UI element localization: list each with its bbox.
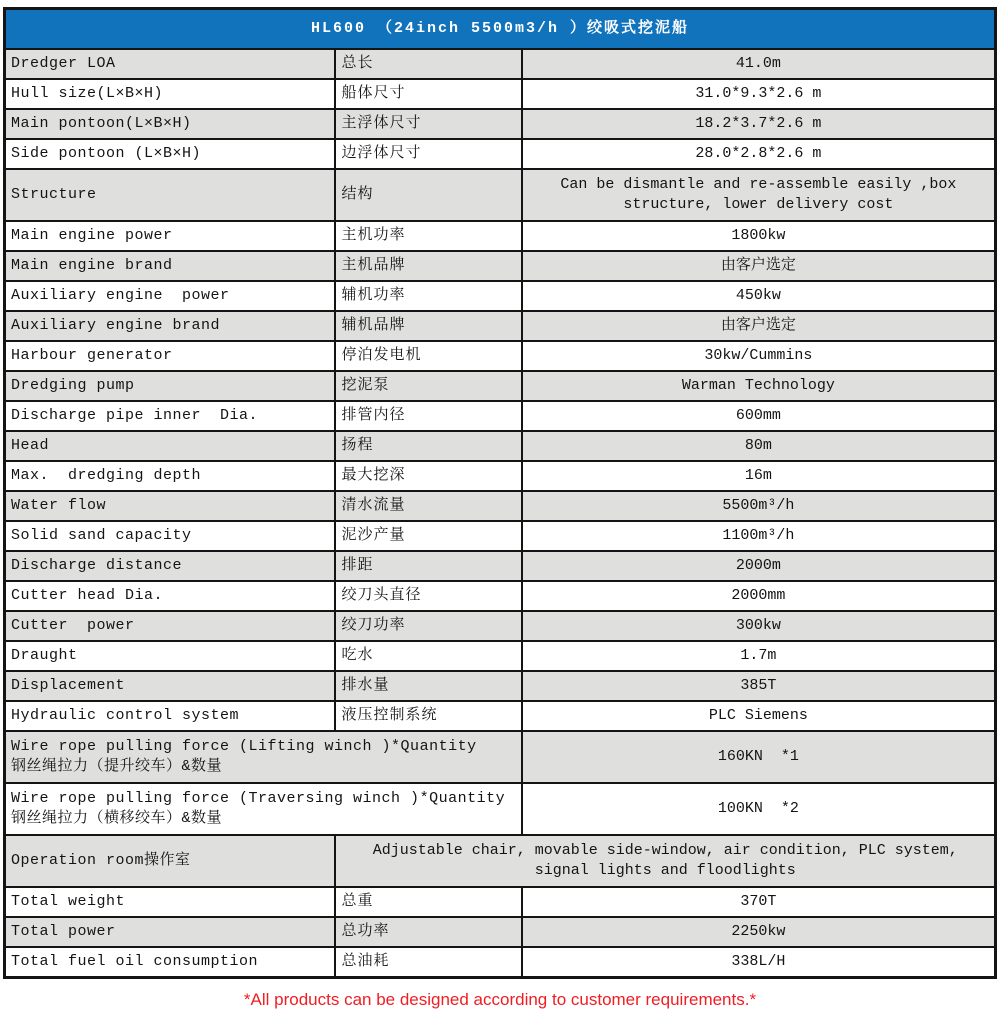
spec-sheet: HL600 （24inch 5500m3/h ）绞吸式挖泥船 Dredger L…	[0, 0, 1000, 1010]
row-label-en: Side pontoon (L×B×H)	[5, 139, 336, 169]
row-label-cn: 主机品牌	[335, 251, 521, 281]
table-row: Main engine power主机功率1800kw	[5, 221, 996, 251]
row-label-en: Auxiliary engine power	[5, 281, 336, 311]
table-row: Main pontoon(L×B×H)主浮体尺寸18.2*3.7*2.6 m	[5, 109, 996, 139]
row-label-en: Water flow	[5, 491, 336, 521]
row-label-cn: 排距	[335, 551, 521, 581]
page-title: HL600 （24inch 5500m3/h ）绞吸式挖泥船	[5, 9, 996, 50]
table-row: Total fuel oil consumption总油耗338L/H	[5, 947, 996, 978]
row-value: 2000mm	[522, 581, 996, 611]
table-row: Max. dredging depth最大挖深16m	[5, 461, 996, 491]
row-label-en: Max. dredging depth	[5, 461, 336, 491]
table-row: Main engine brand主机品牌由客户选定	[5, 251, 996, 281]
row-label-cn: 总长	[335, 49, 521, 79]
row-value: 1100m³/h	[522, 521, 996, 551]
row-value: 450kw	[522, 281, 996, 311]
row-value: Adjustable chair, movable side-window, a…	[335, 835, 995, 887]
table-row: Cutter head Dia.绞刀头直径2000mm	[5, 581, 996, 611]
row-value: 385T	[522, 671, 996, 701]
table-row: Total weight总重370T	[5, 887, 996, 917]
row-label-cn: 泥沙产量	[335, 521, 521, 551]
row-label-cn: 结构	[335, 169, 521, 221]
row-label-en: Discharge distance	[5, 551, 336, 581]
row-label-en: Total fuel oil consumption	[5, 947, 336, 978]
row-value: Can be dismantle and re-assemble easily …	[522, 169, 996, 221]
row-value: 80m	[522, 431, 996, 461]
table-row: Draught吃水1.7m	[5, 641, 996, 671]
row-value: 160KN *1	[522, 731, 996, 783]
row-value: 2250kw	[522, 917, 996, 947]
row-value: Warman Technology	[522, 371, 996, 401]
row-label-cn: 排管内径	[335, 401, 521, 431]
row-value: 由客户选定	[522, 311, 996, 341]
row-label-en: Total power	[5, 917, 336, 947]
row-label-cn: 总功率	[335, 917, 521, 947]
row-value: 1800kw	[522, 221, 996, 251]
row-label-cn: 主浮体尺寸	[335, 109, 521, 139]
row-label-en: Harbour generator	[5, 341, 336, 371]
table-row: Auxiliary engine brand辅机品牌由客户选定	[5, 311, 996, 341]
row-value: 30kw/Cummins	[522, 341, 996, 371]
row-value: 18.2*3.7*2.6 m	[522, 109, 996, 139]
row-label-en: Hull size(L×B×H)	[5, 79, 336, 109]
row-label-en: Hydraulic control system	[5, 701, 336, 731]
row-label-en: Main engine brand	[5, 251, 336, 281]
row-label-en: Main pontoon(L×B×H)	[5, 109, 336, 139]
table-row: Head扬程80m	[5, 431, 996, 461]
table-row: Cutter power绞刀功率300kw	[5, 611, 996, 641]
row-label-en: Cutter power	[5, 611, 336, 641]
customer-note: *All products can be designed according …	[3, 990, 997, 1010]
row-label-en: Draught	[5, 641, 336, 671]
row-label-en: Head	[5, 431, 336, 461]
table-row: Water flow清水流量5500m³/h	[5, 491, 996, 521]
row-label-cn: 绞刀头直径	[335, 581, 521, 611]
table-row: Wire rope pulling force (Lifting winch )…	[5, 731, 996, 783]
row-label-cn: 主机功率	[335, 221, 521, 251]
row-label-en: Main engine power	[5, 221, 336, 251]
row-value: 370T	[522, 887, 996, 917]
table-row: Operation room操作室Adjustable chair, movab…	[5, 835, 996, 887]
table-row: Solid sand capacity泥沙产量1100m³/h	[5, 521, 996, 551]
row-label-combined: Wire rope pulling force (Traversing winc…	[5, 783, 522, 835]
row-label-en: Solid sand capacity	[5, 521, 336, 551]
table-row: Side pontoon (L×B×H)边浮体尺寸28.0*2.8*2.6 m	[5, 139, 996, 169]
table-row: Wire rope pulling force (Traversing winc…	[5, 783, 996, 835]
row-value: 600mm	[522, 401, 996, 431]
table-row: Structure结构Can be dismantle and re-assem…	[5, 169, 996, 221]
row-label-en: Discharge pipe inner Dia.	[5, 401, 336, 431]
row-value: 28.0*2.8*2.6 m	[522, 139, 996, 169]
row-label-en: Operation room操作室	[5, 835, 336, 887]
row-label-cn: 扬程	[335, 431, 521, 461]
spec-table-body: Dredger LOA总长41.0mHull size(L×B×H)船体尺寸31…	[5, 49, 996, 978]
row-label-cn: 排水量	[335, 671, 521, 701]
row-label-cn: 总重	[335, 887, 521, 917]
table-row: Total power总功率2250kw	[5, 917, 996, 947]
table-header-row: HL600 （24inch 5500m3/h ）绞吸式挖泥船	[5, 9, 996, 50]
row-label-en: Dredger LOA	[5, 49, 336, 79]
row-label-cn: 辅机品牌	[335, 311, 521, 341]
table-row: Displacement排水量385T	[5, 671, 996, 701]
row-label-combined: Wire rope pulling force (Lifting winch )…	[5, 731, 522, 783]
row-label-cn: 船体尺寸	[335, 79, 521, 109]
row-label-en: Auxiliary engine brand	[5, 311, 336, 341]
table-row: Auxiliary engine power辅机功率450kw	[5, 281, 996, 311]
row-label-en: Displacement	[5, 671, 336, 701]
spec-table: HL600 （24inch 5500m3/h ）绞吸式挖泥船 Dredger L…	[3, 7, 997, 979]
table-row: Hull size(L×B×H)船体尺寸31.0*9.3*2.6 m	[5, 79, 996, 109]
table-row: Discharge pipe inner Dia.排管内径600mm	[5, 401, 996, 431]
row-value: 由客户选定	[522, 251, 996, 281]
row-value: 16m	[522, 461, 996, 491]
table-row: Dredging pump挖泥泵Warman Technology	[5, 371, 996, 401]
row-label-cn: 绞刀功率	[335, 611, 521, 641]
row-label-cn: 吃水	[335, 641, 521, 671]
row-value: PLC Siemens	[522, 701, 996, 731]
row-label-cn: 边浮体尺寸	[335, 139, 521, 169]
row-value: 2000m	[522, 551, 996, 581]
row-label-en: Structure	[5, 169, 336, 221]
row-label-cn: 清水流量	[335, 491, 521, 521]
row-value: 31.0*9.3*2.6 m	[522, 79, 996, 109]
row-value: 41.0m	[522, 49, 996, 79]
row-value: 100KN *2	[522, 783, 996, 835]
row-value: 5500m³/h	[522, 491, 996, 521]
row-label-cn: 最大挖深	[335, 461, 521, 491]
row-label-cn: 总油耗	[335, 947, 521, 978]
row-label-en: Dredging pump	[5, 371, 336, 401]
row-label-cn: 辅机功率	[335, 281, 521, 311]
row-value: 338L/H	[522, 947, 996, 978]
row-label-cn: 停泊发电机	[335, 341, 521, 371]
table-row: Harbour generator停泊发电机30kw/Cummins	[5, 341, 996, 371]
row-label-en: Cutter head Dia.	[5, 581, 336, 611]
table-row: Hydraulic control system液压控制系统PLC Siemen…	[5, 701, 996, 731]
table-row: Discharge distance排距2000m	[5, 551, 996, 581]
row-value: 300kw	[522, 611, 996, 641]
row-value: 1.7m	[522, 641, 996, 671]
row-label-cn: 液压控制系统	[335, 701, 521, 731]
row-label-cn: 挖泥泵	[335, 371, 521, 401]
row-label-en: Total weight	[5, 887, 336, 917]
table-row: Dredger LOA总长41.0m	[5, 49, 996, 79]
